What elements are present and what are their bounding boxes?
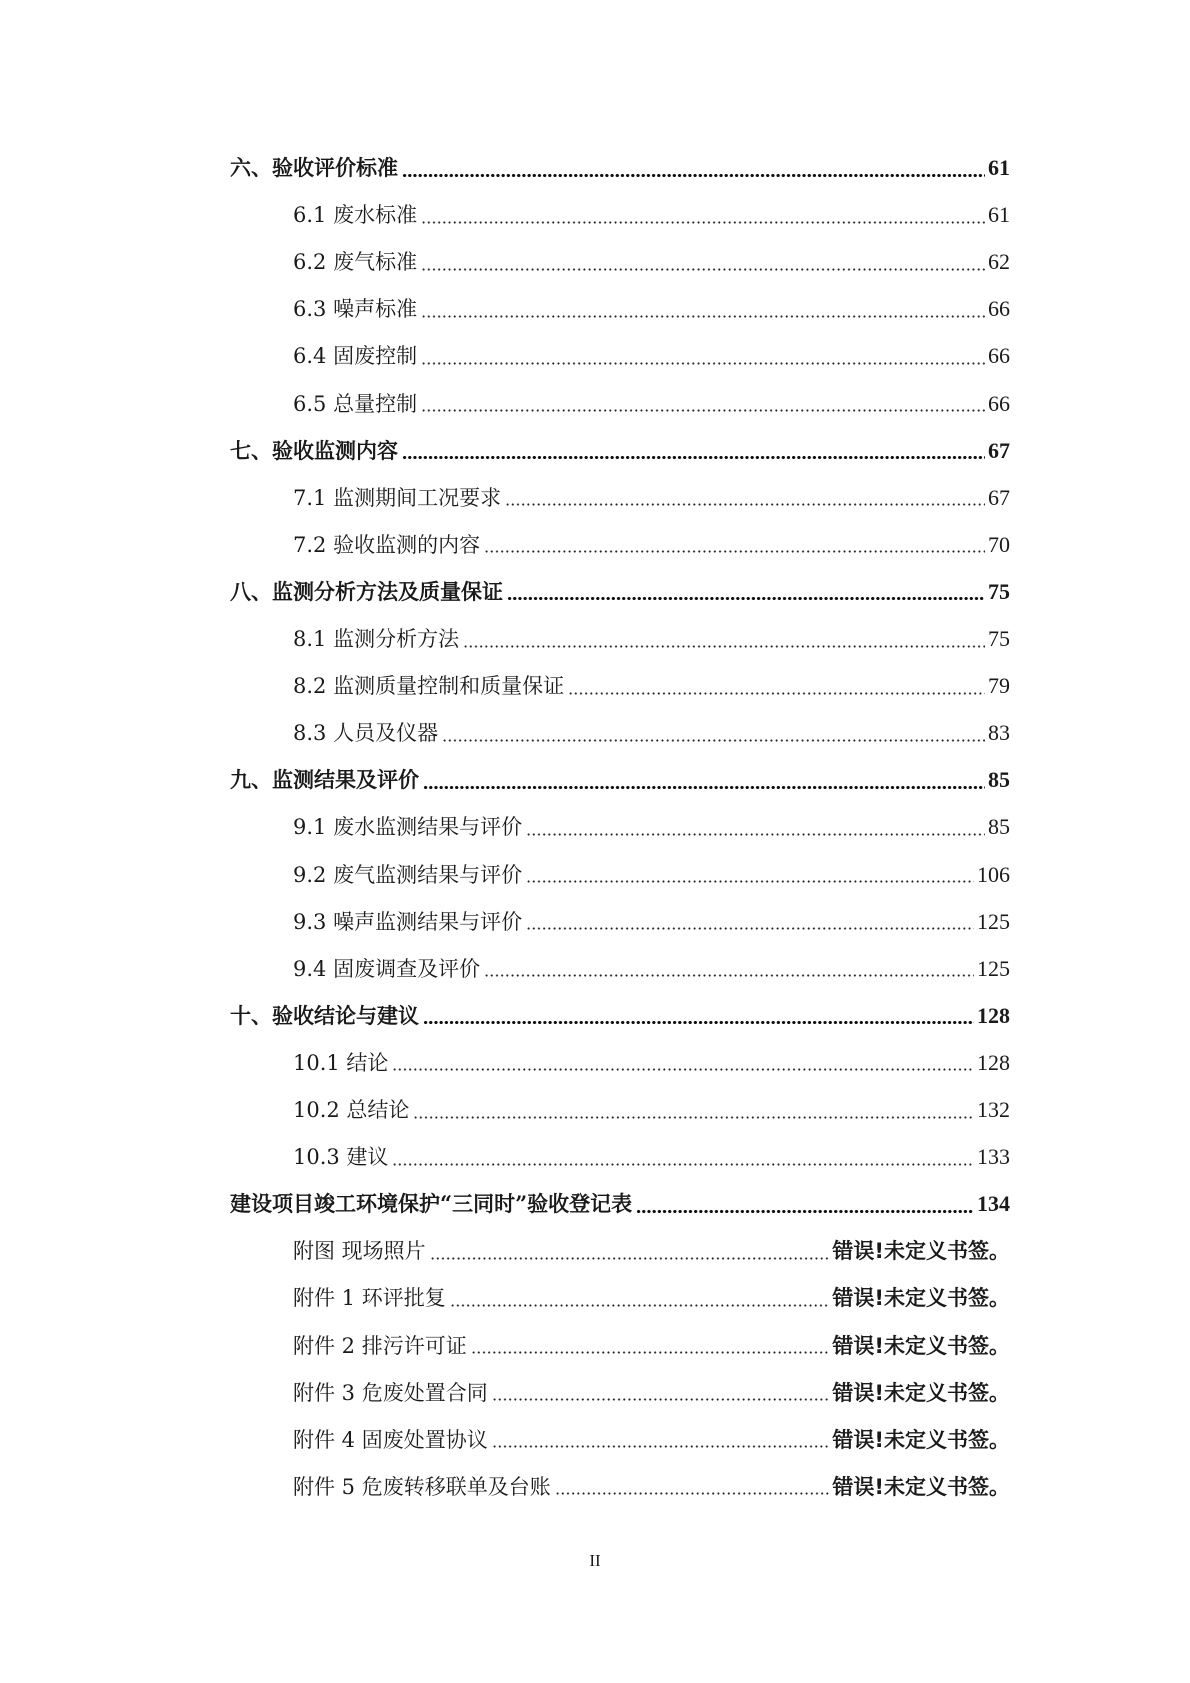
page-number: II bbox=[0, 1551, 1190, 1571]
dot-leader bbox=[492, 1398, 830, 1401]
toc-section-entry[interactable]: 9.2 废气监测结果与评价106 bbox=[293, 855, 1010, 895]
dot-leader bbox=[423, 1021, 974, 1024]
toc-page-number: 128 bbox=[977, 996, 1010, 1036]
toc-section-entry[interactable]: 附图 现场照片错误!未定义书签。 bbox=[293, 1231, 1010, 1271]
toc-page-number: 132 bbox=[977, 1090, 1010, 1130]
toc-section-entry[interactable]: 6.2 废气标准62 bbox=[293, 242, 1010, 282]
dot-leader bbox=[526, 833, 985, 836]
toc-entry-title: 6.5 总量控制 bbox=[293, 384, 421, 424]
toc-section-entry[interactable]: 附件 1 环评批复错误!未定义书签。 bbox=[293, 1278, 1010, 1318]
toc-page-number: 83 bbox=[988, 713, 1010, 753]
toc-page-number: 61 bbox=[988, 148, 1010, 188]
toc-page-number: 66 bbox=[988, 336, 1010, 376]
toc-entry-title: 8.2 监测质量控制和质量保证 bbox=[293, 666, 568, 706]
toc-page-number: 133 bbox=[977, 1137, 1010, 1177]
toc-page-number: 85 bbox=[988, 760, 1010, 800]
toc-section-entry[interactable]: 10.3 建议133 bbox=[293, 1137, 1010, 1177]
bookmark-error-text: 错误!未定义书签。 bbox=[832, 1278, 1010, 1318]
dot-leader bbox=[402, 174, 985, 177]
dot-leader bbox=[568, 692, 985, 695]
toc-page-number: 67 bbox=[988, 478, 1010, 518]
toc-section-entry[interactable]: 8.1 监测分析方法75 bbox=[293, 619, 1010, 659]
dot-leader bbox=[484, 550, 985, 553]
toc-entry-title: 附件 1 环评批复 bbox=[293, 1278, 450, 1318]
toc-page-number: 61 bbox=[988, 195, 1010, 235]
dot-leader bbox=[421, 315, 985, 318]
bookmark-error-text: 错误!未定义书签。 bbox=[832, 1326, 1010, 1366]
toc-entry-title: 6.4 固废控制 bbox=[293, 336, 421, 376]
dot-leader bbox=[421, 362, 985, 365]
toc-section-entry[interactable]: 10.2 总结论132 bbox=[293, 1090, 1010, 1130]
bookmark-error-text: 错误!未定义书签。 bbox=[832, 1467, 1010, 1507]
toc-entry-title: 7.2 验收监测的内容 bbox=[293, 525, 484, 565]
toc-section-entry[interactable]: 附件 5 危废转移联单及台账错误!未定义书签。 bbox=[293, 1467, 1010, 1507]
bookmark-error-text: 错误!未定义书签。 bbox=[832, 1373, 1010, 1413]
toc-page-number: 106 bbox=[977, 855, 1010, 895]
toc-section-entry[interactable]: 10.1 结论128 bbox=[293, 1043, 1010, 1083]
toc-page-number: 75 bbox=[988, 619, 1010, 659]
dot-leader bbox=[413, 1116, 974, 1119]
toc-section-entry[interactable]: 6.1 废水标准61 bbox=[293, 195, 1010, 235]
toc-chapter-entry[interactable]: 七、验收监测内容67 bbox=[230, 431, 1010, 471]
dot-leader bbox=[402, 456, 985, 459]
toc-entry-title: 10.2 总结论 bbox=[293, 1090, 413, 1130]
toc-entry-title: 10.3 建议 bbox=[293, 1137, 392, 1177]
toc-chapter-entry[interactable]: 建设项目竣工环境保护“三同时”验收登记表134 bbox=[230, 1184, 1010, 1224]
toc-entry-title: 9.3 噪声监测结果与评价 bbox=[293, 902, 526, 942]
dot-leader bbox=[463, 645, 985, 648]
dot-leader bbox=[442, 739, 985, 742]
dot-leader bbox=[526, 880, 974, 883]
toc-entry-title: 8.3 人员及仪器 bbox=[293, 713, 442, 753]
toc-page-number: 62 bbox=[988, 242, 1010, 282]
toc-entry-title: 附件 4 固废处置协议 bbox=[293, 1420, 492, 1460]
toc-chapter-entry[interactable]: 八、监测分析方法及质量保证75 bbox=[230, 572, 1010, 612]
dot-leader bbox=[450, 1304, 830, 1307]
toc-page-number: 134 bbox=[977, 1184, 1010, 1224]
toc-page-number: 66 bbox=[988, 289, 1010, 329]
toc-page-number: 125 bbox=[977, 902, 1010, 942]
dot-leader bbox=[526, 927, 974, 930]
toc-entry-title: 附件 2 排污许可证 bbox=[293, 1326, 471, 1366]
toc-entry-title: 附件 5 危废转移联单及台账 bbox=[293, 1467, 555, 1507]
toc-entry-title: 8.1 监测分析方法 bbox=[293, 619, 463, 659]
toc-entry-title: 附件 3 危废处置合同 bbox=[293, 1373, 492, 1413]
dot-leader bbox=[636, 1210, 974, 1213]
dot-leader bbox=[505, 503, 985, 506]
bookmark-error-text: 错误!未定义书签。 bbox=[832, 1420, 1010, 1460]
toc-section-entry[interactable]: 9.1 废水监测结果与评价85 bbox=[293, 807, 1010, 847]
toc-section-entry[interactable]: 附件 3 危废处置合同错误!未定义书签。 bbox=[293, 1373, 1010, 1413]
dot-leader bbox=[555, 1492, 830, 1495]
toc-entry-title: 6.3 噪声标准 bbox=[293, 289, 421, 329]
toc-entry-title: 七、验收监测内容 bbox=[230, 431, 402, 471]
toc-page-number: 66 bbox=[988, 384, 1010, 424]
dot-leader bbox=[392, 1163, 974, 1166]
toc-entry-title: 7.1 监测期间工况要求 bbox=[293, 478, 505, 518]
toc-entry-title: 十、验收结论与建议 bbox=[230, 996, 423, 1036]
toc-entry-title: 10.1 结论 bbox=[293, 1043, 392, 1083]
dot-leader bbox=[492, 1445, 830, 1448]
toc-section-entry[interactable]: 8.2 监测质量控制和质量保证79 bbox=[293, 666, 1010, 706]
toc-section-entry[interactable]: 8.3 人员及仪器83 bbox=[293, 713, 1010, 753]
toc-entry-title: 六、验收评价标准 bbox=[230, 148, 402, 188]
toc-page-number: 67 bbox=[988, 431, 1010, 471]
toc-entry-title: 附图 现场照片 bbox=[293, 1231, 430, 1271]
dot-leader bbox=[430, 1257, 830, 1260]
dot-leader bbox=[421, 268, 985, 271]
toc-section-entry[interactable]: 6.5 总量控制66 bbox=[293, 384, 1010, 424]
toc-chapter-entry[interactable]: 十、验收结论与建议128 bbox=[230, 996, 1010, 1036]
toc-chapter-entry[interactable]: 九、监测结果及评价85 bbox=[230, 760, 1010, 800]
toc-entry-title: 6.2 废气标准 bbox=[293, 242, 421, 282]
dot-leader bbox=[423, 786, 985, 789]
dot-leader bbox=[471, 1351, 830, 1354]
toc-section-entry[interactable]: 附件 4 固废处置协议错误!未定义书签。 bbox=[293, 1420, 1010, 1460]
toc-section-entry[interactable]: 9.3 噪声监测结果与评价125 bbox=[293, 902, 1010, 942]
toc-entry-title: 九、监测结果及评价 bbox=[230, 760, 423, 800]
toc-page-number: 85 bbox=[988, 807, 1010, 847]
toc-entry-title: 八、监测分析方法及质量保证 bbox=[230, 572, 507, 612]
toc-section-entry[interactable]: 7.1 监测期间工况要求67 bbox=[293, 478, 1010, 518]
toc-entry-title: 9.1 废水监测结果与评价 bbox=[293, 807, 526, 847]
toc-page-number: 79 bbox=[988, 666, 1010, 706]
toc-entry-title: 9.2 废气监测结果与评价 bbox=[293, 855, 526, 895]
dot-leader bbox=[507, 597, 985, 600]
toc-section-entry[interactable]: 9.4 固废调查及评价125 bbox=[293, 949, 1010, 989]
dot-leader bbox=[421, 409, 985, 412]
bookmark-error-text: 错误!未定义书签。 bbox=[832, 1231, 1010, 1271]
dot-leader bbox=[392, 1068, 974, 1071]
toc-page-number: 75 bbox=[988, 572, 1010, 612]
toc-section-entry[interactable]: 7.2 验收监测的内容70 bbox=[293, 525, 1010, 565]
dot-leader bbox=[421, 221, 985, 224]
toc-page-number: 128 bbox=[977, 1043, 1010, 1083]
toc-section-entry[interactable]: 附件 2 排污许可证错误!未定义书签。 bbox=[293, 1326, 1010, 1366]
toc-page-number: 70 bbox=[988, 525, 1010, 565]
toc-section-entry[interactable]: 6.4 固废控制66 bbox=[293, 336, 1010, 376]
dot-leader bbox=[484, 974, 974, 977]
toc-entry-title: 6.1 废水标准 bbox=[293, 195, 421, 235]
toc-chapter-entry[interactable]: 六、验收评价标准61 bbox=[230, 148, 1010, 188]
toc-page-number: 125 bbox=[977, 949, 1010, 989]
toc-entry-title: 建设项目竣工环境保护“三同时”验收登记表 bbox=[230, 1184, 636, 1224]
toc-section-entry[interactable]: 6.3 噪声标准66 bbox=[293, 289, 1010, 329]
toc-entry-title: 9.4 固废调查及评价 bbox=[293, 949, 484, 989]
